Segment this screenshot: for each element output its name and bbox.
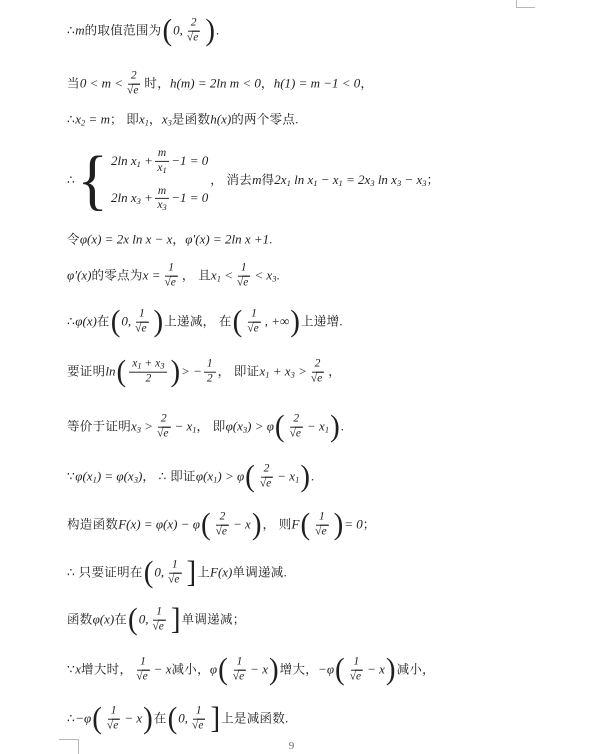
math-run: − x1: [277, 470, 299, 485]
page-number: 9: [0, 740, 583, 752]
fraction: 2√e: [214, 511, 231, 540]
math-run: h(1) = m −1 < 0: [274, 77, 361, 92]
math-run: x =: [143, 269, 161, 284]
math-line: 函数 φ(x) 在 (0, 1√e] 单调递减；: [67, 606, 246, 635]
math-run: φ′(x): [67, 269, 91, 284]
math-run: x1: [139, 113, 149, 128]
math-run: − x1: [307, 420, 329, 435]
subscript: 1: [137, 361, 141, 371]
numerator: 1: [204, 358, 216, 373]
fraction: 2√e: [258, 463, 275, 492]
open-paren: (: [128, 607, 138, 633]
close-paren: ): [269, 657, 279, 683]
math-line: ∴ x2 = m； 即 x1， x3 是函数 h(x) 的两个零点.: [67, 113, 299, 128]
subscript: 1: [265, 370, 269, 380]
close-paren: ): [334, 512, 344, 538]
text-run: 减小，: [171, 663, 209, 677]
text-run: ，: [360, 77, 373, 91]
text-run: 上: [197, 566, 210, 580]
subscript: 1: [295, 475, 299, 485]
math-run: φ′(x) = 2ln x +1: [185, 233, 269, 248]
numerator: 1: [234, 656, 246, 671]
math-run: > −: [181, 365, 202, 380]
denominator: √e: [155, 428, 172, 442]
fraction: 2√e: [155, 413, 172, 442]
text-run: ， 即: [197, 420, 226, 434]
numerator: m: [155, 185, 169, 200]
close-paren: ): [205, 18, 215, 44]
subscript: 3: [243, 425, 247, 435]
fraction: 12: [204, 358, 216, 387]
numerator: 2: [261, 463, 273, 478]
text-run: ， 且: [182, 269, 211, 283]
text-run: ； 即: [110, 113, 139, 127]
radicand: e: [142, 670, 150, 683]
subscript: 3: [160, 361, 164, 371]
open-paren: (: [144, 560, 154, 586]
denominator: √e: [162, 277, 179, 291]
subscript: 3: [137, 425, 141, 435]
text-run: 在: [97, 315, 110, 329]
text-run: 函数: [67, 613, 93, 627]
numerator: 1: [238, 262, 250, 277]
fraction: 1√e: [190, 705, 207, 734]
text-run: ，: [172, 233, 185, 247]
open-paren: (: [92, 706, 102, 732]
denominator: √e: [245, 323, 262, 337]
text-run: .: [311, 470, 314, 484]
math-run: −1 = 0: [171, 154, 208, 169]
numerator: 2: [158, 413, 170, 428]
close-bracket: ]: [171, 607, 181, 633]
open-paren: (: [300, 512, 310, 538]
text-run: ，: [261, 77, 274, 91]
math-run: 0,: [121, 315, 131, 330]
math-run: −φ: [75, 712, 91, 727]
subscript: 3: [137, 196, 141, 206]
subscript: 3: [291, 370, 295, 380]
math-run: φ(x1) > φ: [196, 470, 244, 485]
math-run: F: [292, 518, 300, 533]
numerator: 1: [108, 705, 120, 720]
math-run: − x: [367, 663, 385, 678]
math-run: φ(x): [75, 315, 97, 330]
subscript: 1: [339, 178, 343, 188]
numerator: 1: [136, 308, 148, 323]
math-run: φ: [210, 663, 217, 678]
equation-row: 2ln x1 + mx1 −1 = 0: [111, 147, 208, 176]
subscript: 1: [162, 165, 166, 175]
radicand: e: [320, 525, 328, 538]
math-run: x1 <: [211, 269, 233, 284]
fraction: 1√e: [150, 606, 167, 635]
text-run: ∴ 只要证明在: [67, 566, 143, 580]
numerator: 1: [316, 511, 328, 526]
math-run: − x: [124, 712, 142, 727]
math-run: 0,: [178, 712, 188, 727]
fraction: 1√e: [166, 559, 183, 588]
math-run: h(x): [210, 113, 231, 128]
math-line: ∵ x 增大时， 1√e − x 减小， φ(1√e − x) 增大， −φ(1…: [67, 656, 435, 685]
text-run: 单调递减.: [232, 566, 287, 580]
math-run: m: [252, 173, 261, 188]
numerator: 1: [248, 308, 260, 323]
document-page: ∴ m 的取值范围为(0, 2√e).当 0 < m < 2√e 时，h(m) …: [0, 0, 593, 754]
text-run: .: [216, 24, 219, 38]
math-run: h(m) = 2ln m < 0: [170, 77, 261, 92]
text-run: 要证明: [67, 365, 105, 379]
close-paren: ): [154, 309, 164, 335]
fraction: mx1: [155, 147, 169, 176]
radicand: e: [295, 427, 303, 440]
open-paren: (: [117, 359, 127, 385]
math-run: x3 >: [131, 420, 153, 435]
math-line: ∴ −φ(1√e − x) 在 (0, 1√e] 上是减函数.: [67, 705, 289, 734]
fraction: 1√e: [134, 656, 151, 685]
math-run: 2x1 ln x1 − x1 = 2x3 ln x3 − x3: [274, 173, 426, 188]
fraction: 1√e: [348, 656, 365, 685]
text-run: 单调递减；: [182, 613, 246, 627]
left-brace: {: [77, 150, 108, 210]
radicand: e: [355, 670, 363, 683]
math-run: F(x) = φ(x) − φ: [118, 518, 200, 533]
math-run: x3: [162, 113, 172, 128]
text-run: 在: [114, 613, 127, 627]
text-run: ∴: [67, 712, 75, 726]
numerator: 2: [290, 413, 302, 428]
open-paren: (: [201, 512, 211, 538]
radicand: e: [132, 84, 140, 97]
open-paren: (: [275, 414, 285, 440]
text-run: .: [341, 420, 344, 434]
denominator: √e: [125, 85, 142, 99]
open-paren: (: [245, 464, 255, 490]
numerator: 1: [137, 656, 149, 671]
denominator: √e: [190, 720, 207, 734]
text-run: 的零点为: [91, 269, 142, 283]
text-run: 构造函数: [67, 518, 118, 532]
fraction: 1√e: [313, 511, 330, 540]
radicand: e: [112, 719, 120, 732]
math-run: = 0: [344, 518, 363, 533]
text-run: 上递增.: [301, 315, 343, 329]
text-run: ；: [363, 518, 376, 532]
math-run: 0,: [139, 613, 149, 628]
math-run: −1 = 0: [171, 191, 208, 206]
open-paren: (: [162, 18, 172, 44]
denominator: x1: [155, 162, 168, 176]
text-run: 的取值范围为: [85, 24, 162, 38]
subscript: 3: [162, 202, 166, 212]
fraction: 1√e: [133, 308, 150, 337]
math-run: 0,: [173, 24, 183, 39]
close-paren: ): [252, 512, 262, 538]
numerator: 1: [351, 656, 363, 671]
text-run: 增大，: [280, 663, 318, 677]
fraction: x1 + x32: [129, 358, 167, 387]
text-run: 增大时，: [81, 663, 132, 677]
math-line: ∴ φ(x) 在 (0, 1√e) 上递减， 在 (1√e, +∞) 上递增.: [67, 308, 343, 337]
math-run: 0,: [154, 566, 164, 581]
subscript: 1: [93, 475, 97, 485]
math-line: 要证明 ln(x1 + x32) > −12， 即证 x1 + x3 > 2√e…: [67, 358, 341, 387]
fraction: mx3: [155, 185, 169, 214]
numerator: 2: [188, 17, 200, 32]
numerator: 1: [165, 262, 177, 277]
radicand: e: [192, 31, 200, 44]
open-paren: (: [111, 309, 121, 335]
radicand: e: [170, 276, 178, 289]
subscript: 1: [217, 274, 221, 284]
subscript: 1: [213, 475, 217, 485]
radicand: e: [316, 372, 324, 385]
fraction: 1√e: [105, 705, 122, 734]
open-paren: (: [168, 706, 178, 732]
math-line: ∴ 只要证明在 (0, 1√e] 上 F(x) 单调递减.: [67, 559, 287, 588]
text-run: 上递减， 在: [164, 315, 231, 329]
fraction: 2√e: [309, 358, 326, 387]
denominator: 2: [205, 373, 215, 387]
radicand: e: [197, 719, 205, 732]
text-run: ∴: [67, 173, 75, 187]
radicand: e: [140, 322, 148, 335]
text-run: 在: [154, 712, 167, 726]
denominator: √e: [150, 621, 167, 635]
subscript: 2: [81, 118, 85, 128]
equation-row: 2ln x3 + mx3 −1 = 0: [111, 185, 208, 214]
math-line: ∴{2ln x1 + mx1 −1 = 02ln x3 + mx3 −1 = 0…: [67, 147, 439, 213]
denominator: √e: [288, 428, 305, 442]
numerator: 1: [193, 705, 205, 720]
radicand: e: [221, 525, 229, 538]
math-run: − x: [154, 663, 172, 678]
radicand: e: [162, 427, 170, 440]
math-run: , +∞: [265, 315, 290, 330]
radicand: e: [158, 620, 166, 633]
text-run: 时，: [144, 77, 170, 91]
denominator: 2: [143, 373, 153, 387]
math-run: φ(x) = 2x ln x − x: [80, 233, 173, 248]
close-paren: ): [143, 706, 153, 732]
math-line: ∴ m 的取值范围为(0, 2√e).: [67, 17, 219, 46]
text-run: 的两个零点.: [231, 113, 298, 127]
close-paren: ): [300, 464, 310, 490]
text-run: 减小，: [397, 663, 435, 677]
math-run: −φ: [318, 663, 334, 678]
textbox-corner-mark-top: [516, 0, 535, 8]
text-run: ，: [149, 113, 162, 127]
math-run: − x1: [175, 420, 197, 435]
fraction: 2√e: [125, 70, 142, 99]
text-run: ∴: [67, 24, 75, 38]
radicand: e: [173, 573, 181, 586]
open-paren: (: [218, 657, 228, 683]
math-run: − x: [233, 518, 251, 533]
math-run: φ(x1) = φ(x3): [75, 470, 142, 485]
fraction: 2√e: [185, 17, 202, 46]
subscript: 3: [370, 178, 374, 188]
subscript: 3: [397, 178, 401, 188]
denominator: √e: [258, 478, 275, 492]
math-run: 2ln x3 +: [111, 191, 153, 206]
subscript: 1: [313, 178, 317, 188]
close-paren: ): [330, 414, 340, 440]
numerator: 2: [312, 358, 324, 373]
text-run: ， ∴ 即证: [142, 470, 196, 484]
math-run: 2ln x1 +: [111, 154, 153, 169]
denominator: √e: [313, 526, 330, 540]
text-run: 当: [67, 77, 80, 91]
equation-rows: 2ln x1 + mx1 −1 = 02ln x3 + mx3 −1 = 0: [111, 147, 208, 213]
close-bracket: ]: [187, 560, 197, 586]
text-run: ∵: [67, 470, 75, 484]
text-run: 令: [67, 233, 80, 247]
text-run: 得: [261, 173, 274, 187]
denominator: √e: [185, 32, 202, 46]
close-paren: ): [386, 657, 396, 683]
fraction: 1√e: [235, 262, 252, 291]
math-run: − x: [250, 663, 268, 678]
fraction: 1√e: [245, 308, 262, 337]
numerator: m: [155, 147, 169, 162]
text-run: 上是减函数.: [221, 712, 288, 726]
math-run: x1 + x3 >: [259, 365, 306, 380]
radicand: e: [253, 322, 261, 335]
denominator: √e: [166, 574, 183, 588]
denominator: √e: [105, 720, 122, 734]
numerator: 1: [153, 606, 165, 621]
math-line: 等价于证明 x3 > 2√e − x1， 即 φ(x3) > φ(2√e − x…: [67, 413, 344, 442]
math-line: 令 φ(x) = 2x ln x − x， φ′(x) = 2ln x +1.: [67, 233, 273, 248]
fraction: 2√e: [288, 413, 305, 442]
denominator: √e: [231, 671, 248, 685]
text-run: ∴: [67, 315, 75, 329]
math-run: x2 = m: [75, 113, 110, 128]
math-line: ∵ φ(x1) = φ(x3)， ∴ 即证 φ(x1) > φ(2√e − x1…: [67, 463, 314, 492]
open-paren: (: [335, 657, 345, 683]
math-line: 构造函数 F(x) = φ(x) − φ(2√e − x)， 则 F(1√e) …: [67, 511, 376, 540]
fraction: 1√e: [231, 656, 248, 685]
denominator: x3: [155, 199, 168, 213]
radicand: e: [242, 276, 250, 289]
subscript: 1: [325, 425, 329, 435]
denominator: √e: [133, 323, 150, 337]
text-run: ，: [328, 365, 341, 379]
math-run: ln: [105, 365, 115, 380]
text-run: 等价于证明: [67, 420, 131, 434]
open-paren: (: [233, 309, 243, 335]
text-run: ， 消去: [210, 173, 252, 187]
equation-system: {2ln x1 + mx1 −1 = 02ln x3 + mx3 −1 = 0: [77, 147, 208, 213]
math-run: φ(x): [93, 613, 115, 628]
math-run: m: [75, 24, 84, 39]
subscript: 1: [137, 159, 141, 169]
text-run: .: [269, 233, 272, 247]
subscript: 1: [287, 178, 291, 188]
text-run: ， 则: [263, 518, 292, 532]
math-run: φ(x3) > φ: [226, 420, 274, 435]
math-line: φ′(x) 的零点为 x = 1√e， 且 x1 < 1√e < x3.: [67, 262, 280, 291]
math-line: 当 0 < m < 2√e 时，h(m) = 2ln m < 0， h(1) =…: [67, 70, 373, 99]
numerator: x1 + x3: [129, 358, 167, 373]
close-bracket: ]: [210, 706, 220, 732]
text-run: .: [276, 269, 279, 283]
close-paren: ): [170, 359, 180, 385]
denominator: √e: [309, 373, 326, 387]
numerator: 1: [169, 559, 181, 574]
subscript: 3: [134, 475, 138, 485]
math-run: < x3: [254, 269, 276, 284]
text-run: ， 即证: [218, 365, 260, 379]
denominator: √e: [235, 277, 252, 291]
radicand: e: [265, 477, 273, 490]
text-run: 是函数: [172, 113, 210, 127]
numerator: 2: [216, 511, 228, 526]
radicand: e: [238, 670, 246, 683]
close-paren: ): [290, 309, 300, 335]
denominator: √e: [214, 526, 231, 540]
text-run: ；: [427, 173, 440, 187]
denominator: √e: [134, 671, 151, 685]
denominator: √e: [348, 671, 365, 685]
math-run: F(x): [210, 566, 232, 581]
fraction: 1√e: [162, 262, 179, 291]
math-run: 0 < m <: [80, 77, 123, 92]
numerator: 2: [128, 70, 140, 85]
